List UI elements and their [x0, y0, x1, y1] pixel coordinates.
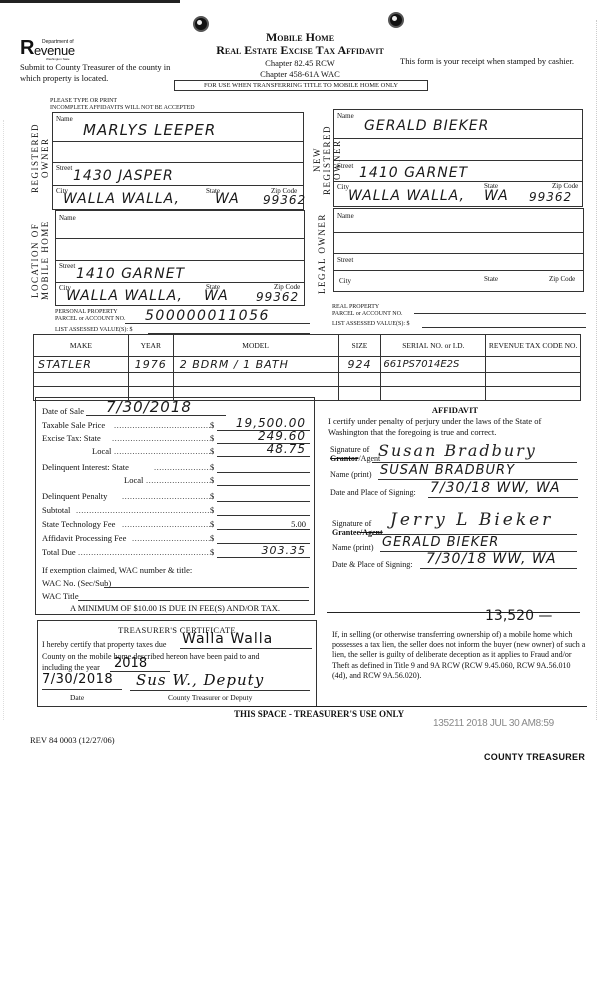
- grantor-date-place-label: Date and Place of Signing:: [330, 488, 416, 497]
- instruction-type-print: PLEASE TYPE OR PRINT: [50, 98, 117, 104]
- registered-owner-zip[interactable]: 99362: [263, 193, 306, 207]
- treasurer-date-value: 7/30/2018: [42, 672, 113, 687]
- sale-fees-box: Date of Sale 7/30/2018 Taxable Sale Pric…: [35, 397, 315, 615]
- new-registered-owner-box: Name GERALD BIEKER Street 1410 GARNET Ci…: [333, 109, 583, 207]
- date-of-sale-label: Date of Sale: [42, 406, 84, 416]
- grantor-signature-field[interactable]: Susan Bradbury: [372, 441, 577, 463]
- fee-row-total-due: Total Due...............................…: [42, 545, 310, 559]
- location-state[interactable]: WA: [204, 288, 229, 304]
- wac-no-field[interactable]: [104, 578, 309, 588]
- location-box: Name Street 1410 GARNET City State Zip C…: [55, 210, 305, 306]
- location-zip[interactable]: 99362: [256, 290, 299, 304]
- table-row: STATLER 1976 2 BDRM / 1 BATH 924 661PS70…: [34, 357, 581, 373]
- lien-warning: If, in selling (or otherwise transferrin…: [332, 630, 587, 681]
- fee-row-delinquent-interest-state: Delinquent Interest: State..............…: [42, 460, 310, 474]
- real-property-label: REAL PROPERTY PARCEL or ACCOUNT NO.: [332, 304, 402, 318]
- registered-owner-street[interactable]: 1430 JASPER: [73, 168, 174, 184]
- grantor-date-place-field[interactable]: 7/30/18 WW, WA: [428, 482, 578, 498]
- grantee-name-value: GERALD BIEKER: [382, 535, 499, 550]
- grantor-name-field[interactable]: SUSAN BRADBURY: [378, 463, 578, 480]
- new-owner-zip[interactable]: 99362: [529, 190, 572, 204]
- excise-local-value[interactable]: 48.75: [267, 442, 306, 456]
- personal-property-label: PERSONAL PROPERTY PARCEL or ACCOUNT NO.: [55, 309, 125, 323]
- minimum-due-note: A MINIMUM OF $10.00 IS DUE IN FEE(S) AND…: [36, 603, 314, 613]
- treasurer-signature-field[interactable]: Sus W., Deputy: [130, 671, 310, 691]
- city-label: City: [339, 277, 351, 285]
- zip-label: Zip Code: [552, 182, 578, 190]
- grantor-name-label: Name (print): [330, 470, 372, 479]
- section-label-legal-owner: LEGAL OWNER: [317, 212, 327, 296]
- dor-logo: R Department of evenue Washington State: [20, 38, 110, 60]
- fee-row-delinquent-penalty: Delinquent Penalty......................…: [42, 489, 310, 503]
- cell-year[interactable]: 1976: [128, 357, 173, 373]
- personal-property-account-value: 500000011056: [145, 308, 270, 324]
- wac-title-field[interactable]: [78, 591, 309, 601]
- fee-row-excise-local: Local...................................…: [42, 444, 310, 458]
- registered-owner-state[interactable]: WA: [215, 191, 240, 207]
- personal-property-account-field[interactable]: 500000011056: [125, 308, 310, 324]
- name-label: Name: [59, 214, 76, 222]
- excise-state-value[interactable]: 249.60: [258, 429, 306, 443]
- chapter-rcw: Chapter 82.45 RCW: [200, 58, 400, 68]
- cell-revenue-code[interactable]: [486, 357, 581, 373]
- taxable-sale-price-value[interactable]: 19,500.00: [236, 416, 306, 430]
- registered-owner-name[interactable]: MARLYS LEEPER: [83, 121, 216, 139]
- col-header-model: MODEL: [173, 335, 338, 357]
- new-owner-street[interactable]: 1410 GARNET: [359, 165, 468, 181]
- fee-row-state-technology-fee: State Technology Fee....................…: [42, 517, 310, 531]
- submit-note: Submit to County Treasurer of the county…: [20, 62, 190, 84]
- instruction-incomplete: INCOMPLETE AFFIDAVITS WILL NOT BE ACCEPT…: [50, 105, 195, 111]
- treasurer-text-1: I hereby certify that property taxes due: [42, 640, 166, 649]
- street-label: Street: [56, 164, 72, 172]
- use-banner: FOR USE WHEN TRANSFERRING TITLE TO MOBIL…: [174, 80, 428, 91]
- date-of-sale-value: 7/30/2018: [106, 398, 192, 416]
- new-owner-name[interactable]: GERALD BIEKER: [364, 118, 489, 134]
- handwritten-assessed-note: 13,520 —: [485, 608, 552, 624]
- grantor-signature: Susan Bradbury: [378, 441, 537, 460]
- col-header-revenue-code: REVENUE TAX CODE NO.: [486, 335, 581, 357]
- scan-edge: [0, 0, 180, 3]
- section-label-registered-owner: REGISTEREDOWNER: [30, 118, 50, 198]
- cell-model[interactable]: 2 BDRM / 1 BATH: [173, 357, 338, 373]
- registered-owner-box: Name MARLYS LEEPER Street 1430 JASPER Ci…: [52, 112, 304, 210]
- chapter-wac: Chapter 458-61A WAC: [200, 69, 400, 79]
- exemption-label: If exemption claimed, WAC number & title…: [42, 565, 192, 575]
- street-label: Street: [59, 262, 75, 270]
- scan-edge-right: [596, 20, 597, 720]
- new-owner-state[interactable]: WA: [484, 188, 509, 204]
- real-assessed-label: LIST ASSESSED VALUE(S): $: [332, 321, 410, 327]
- treasurer-date-field[interactable]: 7/30/2018: [42, 673, 122, 690]
- section-label-location: LOCATION OFMOBILE HOME: [30, 215, 50, 305]
- cell-serial[interactable]: [381, 387, 486, 401]
- grantee-name-label: Name (print): [332, 543, 374, 552]
- col-header-serial: SERIAL NO. or I.D.: [381, 335, 486, 357]
- table-header-row: MAKE YEAR MODEL SIZE SERIAL NO. or I.D. …: [34, 335, 581, 357]
- fee-row-affidavit-processing-fee: Affidavit Processing Fee................…: [42, 531, 310, 545]
- logo-swoosh-icon: R: [20, 38, 34, 58]
- logo-name-text: evenue: [34, 43, 75, 58]
- new-owner-city[interactable]: WALLA WALLA,: [348, 188, 465, 204]
- treasurer-year-value: 2018: [114, 656, 147, 671]
- mobile-home-table: MAKE YEAR MODEL SIZE SERIAL NO. or I.D. …: [33, 334, 581, 401]
- street-label: Street: [337, 162, 353, 170]
- street-label: Street: [337, 256, 353, 264]
- cell-revenue-code[interactable]: [486, 387, 581, 401]
- affidavit-title: AFFIDAVIT: [330, 405, 580, 415]
- treasurer-county-value: Walla Walla: [182, 631, 273, 647]
- personal-assessed-label: LIST ASSESSED VALUE(S): $: [55, 327, 133, 333]
- cell-serial[interactable]: [381, 373, 486, 387]
- affidavit-statement: I certify under penalty of perjury under…: [328, 416, 583, 437]
- cell-revenue-code[interactable]: [486, 373, 581, 387]
- name-label: Name: [337, 212, 354, 220]
- cell-size[interactable]: [338, 373, 381, 387]
- registered-owner-city[interactable]: WALLA WALLA,: [63, 191, 180, 207]
- col-header-make: MAKE: [34, 335, 129, 357]
- county-treasurer-stamp: COUNTY TREASURER: [484, 752, 585, 762]
- grantee-signature: Jerry L Bieker: [390, 510, 553, 530]
- receipt-note: This form is your receipt when stamped b…: [400, 56, 575, 67]
- real-property-account-field[interactable]: [414, 306, 586, 314]
- form-title-line2: Real Estate Excise Tax Affidavit: [190, 43, 410, 58]
- treasurer-use-divider: [230, 706, 587, 707]
- scan-edge-left: [3, 120, 4, 720]
- treasurer-signature-label: County Treasurer or Deputy: [168, 693, 252, 702]
- grantee-name-field[interactable]: GERALD BIEKER: [380, 537, 577, 552]
- wac-no-label: WAC No. (Sec/Sub): [42, 578, 111, 588]
- state-technology-fee-value: 5.00: [291, 519, 306, 529]
- state-label: State: [484, 275, 498, 283]
- treasurer-use-banner: THIS SPACE - TREASURER'S USE ONLY: [234, 709, 404, 719]
- date-of-sale-field[interactable]: 7/30/2018: [86, 400, 226, 416]
- grantor-name-value: SUSAN BRADBURY: [380, 463, 515, 478]
- logo-tagline: Washington State: [46, 57, 70, 61]
- treasurer-signature: Sus W., Deputy: [136, 671, 264, 689]
- cell-size[interactable]: [338, 387, 381, 401]
- zip-label: Zip Code: [549, 275, 575, 283]
- table-row: [34, 373, 581, 387]
- treasurer-county-field[interactable]: Walla Walla: [180, 633, 312, 649]
- treasurer-text-3: including the year: [42, 663, 100, 672]
- legal-owner-box: Name Street City State Zip Code: [333, 208, 584, 292]
- fee-row-delinquent-interest-local: Local........................... $: [42, 473, 310, 487]
- treasurer-date-label: Date: [70, 693, 84, 702]
- real-assessed-field[interactable]: [422, 320, 586, 328]
- location-street[interactable]: 1410 GARNET: [76, 266, 185, 282]
- col-header-size: SIZE: [338, 335, 381, 357]
- name-label: Name: [337, 112, 354, 120]
- grantee-signature-field[interactable]: Jerry L Bieker: [372, 510, 577, 535]
- grantee-date-place-field[interactable]: 7/30/18 WW, WA: [420, 554, 577, 569]
- cell-size[interactable]: 924: [338, 357, 381, 373]
- name-label: Name: [56, 115, 73, 123]
- personal-assessed-field[interactable]: [148, 326, 310, 334]
- punch-hole-right: [388, 12, 404, 28]
- wac-title-label: WAC Title: [42, 591, 79, 601]
- cell-model[interactable]: [173, 373, 338, 387]
- cell-make[interactable]: STATLER: [34, 357, 129, 373]
- grantee-date-place-value: 7/30/18 WW, WA: [426, 551, 557, 567]
- receipt-stamp: 135211 2018 JUL 30 AM8:59: [433, 718, 554, 729]
- cell-serial[interactable]: 661PS7014E2S: [381, 357, 486, 373]
- col-header-year: YEAR: [128, 335, 173, 357]
- cell-year[interactable]: [128, 373, 173, 387]
- cell-make[interactable]: [34, 373, 129, 387]
- location-city[interactable]: WALLA WALLA,: [66, 288, 183, 304]
- form-number: REV 84 0003 (12/27/06): [30, 735, 115, 745]
- total-due-value[interactable]: 303.35: [262, 544, 307, 557]
- treasurer-certificate-box: TREASURER'S CERTIFICATE I hereby certify…: [37, 620, 317, 707]
- fee-row-subtotal: Subtotal................................…: [42, 503, 310, 517]
- grantee-date-place-label: Date & Place of Signing:: [332, 560, 412, 569]
- grantor-date-place-value: 7/30/18 WW, WA: [430, 480, 561, 496]
